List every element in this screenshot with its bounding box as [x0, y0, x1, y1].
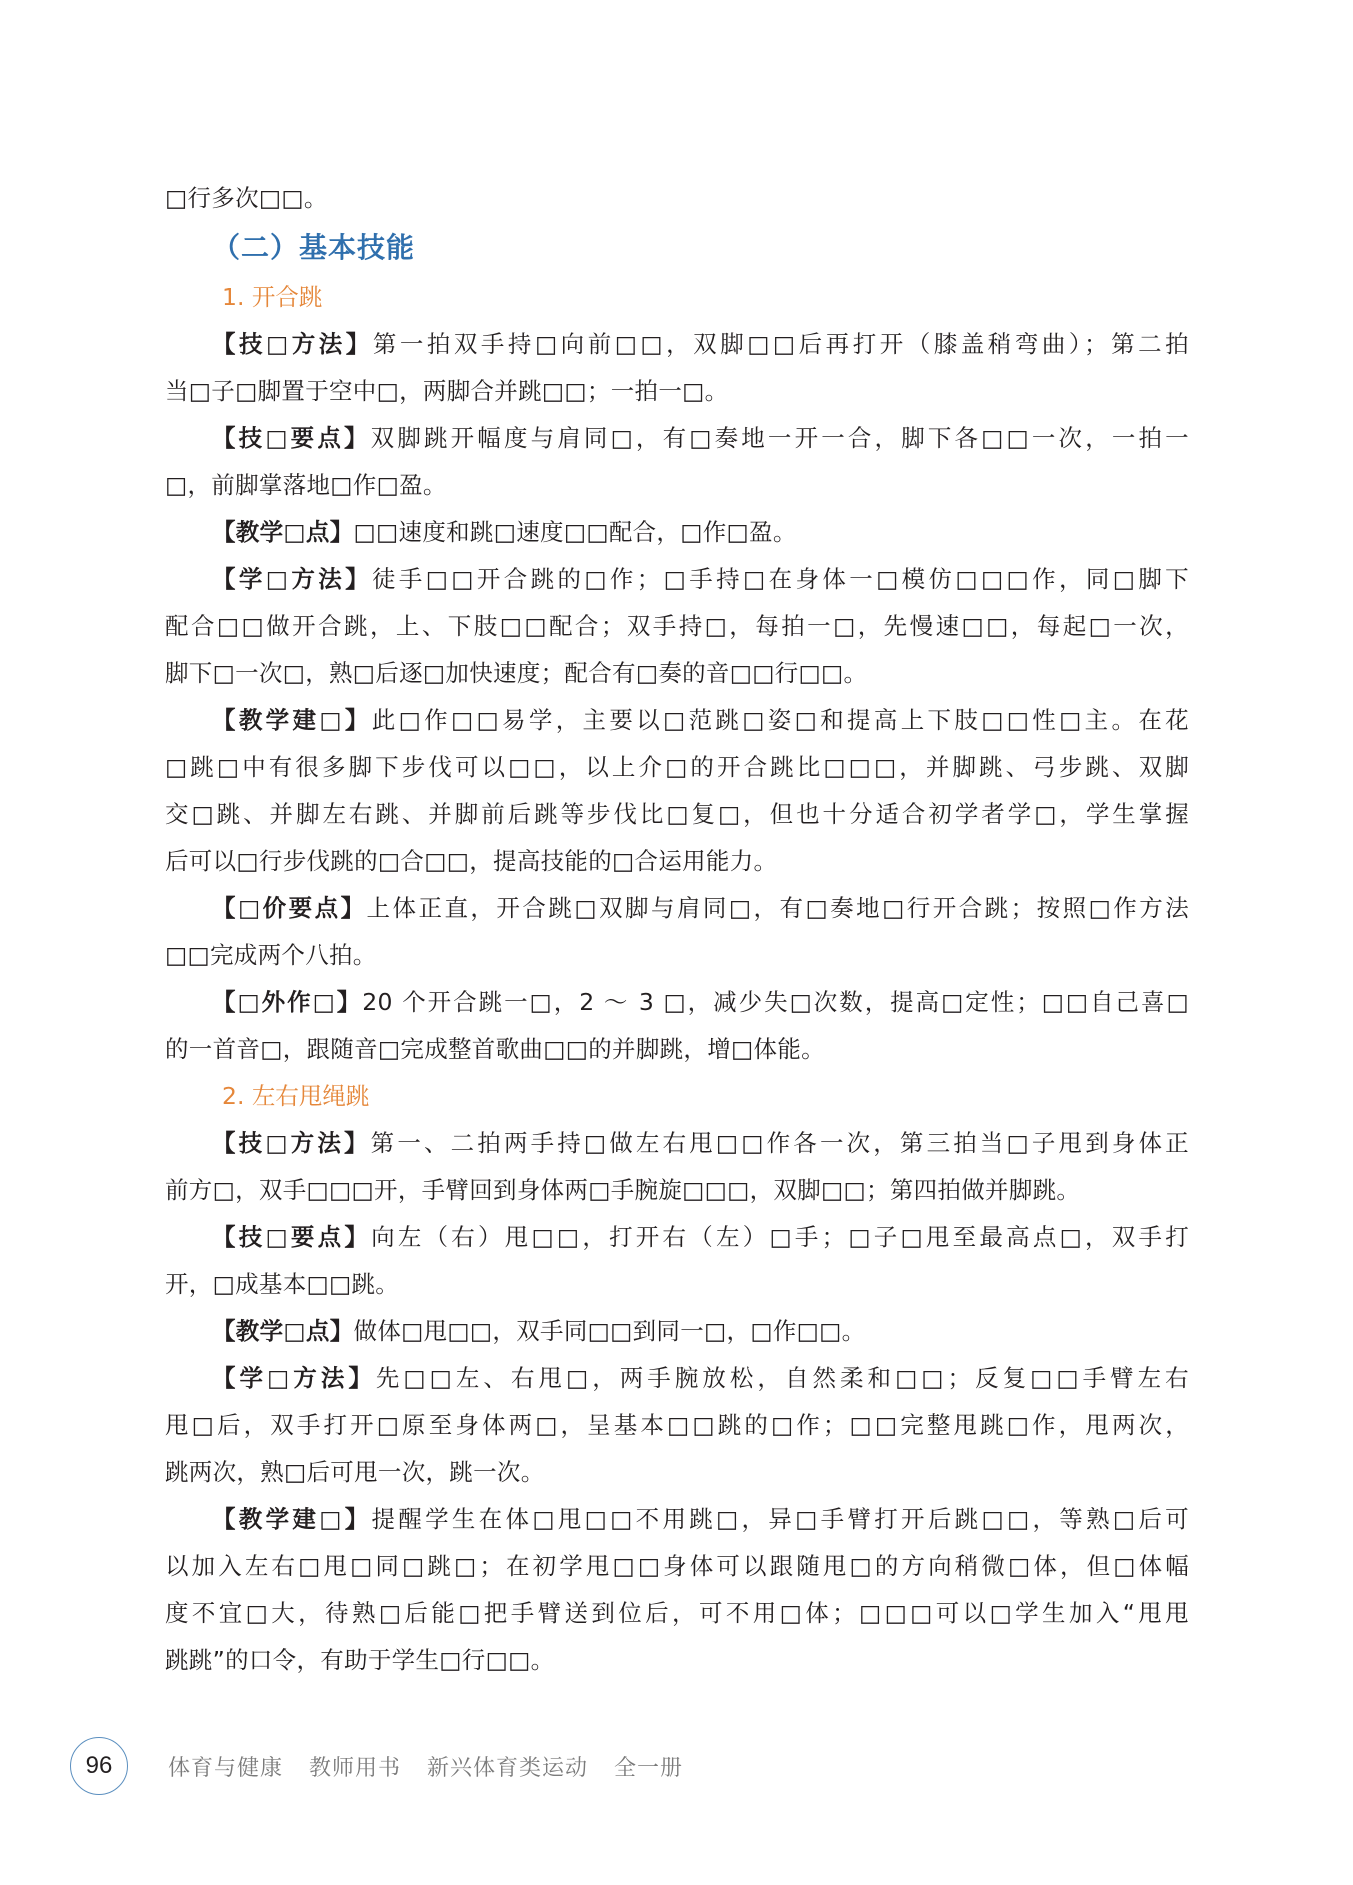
paragraph-label: 【技□方法】 [212, 330, 373, 358]
skill-title: 2. 左右甩绳跳 [165, 1073, 1189, 1120]
paragraph-text: 后可以□行步伐跳的□合□□，提高技能的□合运用能力。 [165, 838, 1189, 885]
paragraph-label: 【技□方法】 [212, 1129, 371, 1157]
paragraph-label: 【学□方法】 [212, 565, 372, 593]
paragraph-text: 当□子□脚置于空中□，两脚合并跳□□；一拍一□。 [165, 368, 1189, 415]
paragraph-text: 双脚跳开幅度与肩同□，有□奏地一开一合，脚下各□□一次，一拍一 [371, 424, 1189, 452]
paragraph-text: 做体□甩□□，双手同□□到同一□，□作□□。 [354, 1317, 866, 1345]
skill-block-side-swing-jump: 2. 左右甩绳跳 【技□方法】第一、二拍两手持□做左右甩□□作各一次，第三拍当□… [165, 1073, 1189, 1684]
skill-title: 1. 开合跳 [165, 274, 1189, 321]
paragraph-text: 开，□成基本□□跳。 [165, 1261, 1189, 1308]
paragraph-text: 先□□左、右甩□，两手腕放松，自然柔和□□；反复□□手臂左右 [376, 1364, 1189, 1392]
paragraph-text: 向左（右）甩□□，打开右（左）□手；□子□甩至最高点□，双手打 [371, 1223, 1189, 1251]
paragraph-technique-method: 【技□方法】第一拍双手持□向前□□，双脚□□后再打开（膝盖稍弯曲）；第二拍 当□… [165, 321, 1189, 415]
paragraph-text: 前方□，双手□□□开，手臂回到身体两□手腕旋□□□，双脚□□；第四拍做并脚跳。 [165, 1167, 1189, 1214]
textbook-page: □行多次□□。 （二）基本技能 1. 开合跳 【技□方法】第一拍双手持□向前□□… [0, 0, 1353, 1885]
book-volume: 全一册 [614, 1751, 683, 1782]
intro-line: □行多次□□。 [165, 175, 1189, 222]
paragraph-text: 提醒学生在体□甩□□不用跳□，异□手臂打开后跳□□，等熟□后可 [372, 1505, 1189, 1533]
book-topic: 新兴体育类运动 [427, 1751, 588, 1782]
paragraph-text: □□完成两个八拍。 [165, 932, 1189, 979]
paragraph-label: 【□价要点】 [212, 894, 367, 922]
paragraph-label: 【教学□点】 [212, 1317, 354, 1345]
paragraph-teaching-suggestion: 【教学建□】提醒学生在体□甩□□不用跳□，异□手臂打开后跳□□，等熟□后可 以加… [165, 1496, 1189, 1684]
paragraph-evaluation-keypoints: 【□价要点】上体正直，开合跳□双脚与肩同□，有□奏地□行开合跳；按照□作方法 □… [165, 885, 1189, 979]
paragraph-text: 跳两次，熟□后可甩一次，跳一次。 [165, 1449, 1189, 1496]
paragraph-text: 脚下□一次□，熟□后逐□加快速度；配合有□奏的音□□行□□。 [165, 650, 1189, 697]
paragraph-label: 【技□要点】 [212, 424, 371, 452]
paragraph-practice-method: 【学□方法】徒手□□开合跳的□作；□手持□在身体一□模仿□□□作，同□脚下 配合… [165, 556, 1189, 697]
paragraph-practice-method: 【学□方法】先□□左、右甩□，两手腕放松，自然柔和□□；反复□□手臂左右 甩□后… [165, 1355, 1189, 1496]
paragraph-label: 【学□方法】 [212, 1364, 376, 1392]
paragraph-label: 【□外作□】 [212, 988, 362, 1016]
paragraph-text: 跳跳”的口令，有助于学生□行□□。 [165, 1637, 1189, 1684]
paragraph-technique-keypoints: 【技□要点】双脚跳开幅度与肩同□，有□奏地一开一合，脚下各□□一次，一拍一 □，… [165, 415, 1189, 509]
book-type: 教师用书 [309, 1751, 401, 1782]
paragraph-label: 【教学建□】 [212, 1505, 372, 1533]
paragraph-label: 【教学建□】 [212, 706, 372, 734]
paragraph-text: 此□作□□易学，主要以□范跳□姿□和提高上下肢□□性□主。在花 [372, 706, 1189, 734]
paragraph-text: 第一、二拍两手持□做左右甩□□作各一次，第三拍当□子甩到身体正 [371, 1129, 1189, 1157]
paragraph-technique-method: 【技□方法】第一、二拍两手持□做左右甩□□作各一次，第三拍当□子甩到身体正 前方… [165, 1120, 1189, 1214]
skill-block-jumping-jacks: 1. 开合跳 【技□方法】第一拍双手持□向前□□，双脚□□后再打开（膝盖稍弯曲）… [165, 274, 1189, 1073]
paragraph-teaching-suggestion: 【教学建□】此□作□□易学，主要以□范跳□姿□和提高上下肢□□性□主。在花 □跳… [165, 697, 1189, 885]
paragraph-text: 度不宜□大，待熟□后能□把手臂送到位后，可不用□体；□□□可以□学生加入“甩甩 [165, 1590, 1189, 1637]
paragraph-text: 20 个开合跳一□，2 ～ 3 □，减少失□次数，提高□定性；□□自己喜□ [362, 988, 1189, 1016]
section-heading: （二）基本技能 [165, 222, 1189, 274]
page-footer: 96 体育与健康 教师用书 新兴体育类运动 全一册 [70, 1735, 683, 1797]
paragraph-homework: 【□外作□】20 个开合跳一□，2 ～ 3 □，减少失□次数，提高□定性；□□自… [165, 979, 1189, 1073]
paragraph-text: 的一首音□，跟随音□完成整首歌曲□□的并脚跳，增□体能。 [165, 1026, 1189, 1073]
page-number: 96 [86, 1752, 113, 1780]
paragraph-teaching-focus: 【教学□点】做体□甩□□，双手同□□到同一□，□作□□。 [165, 1308, 1189, 1355]
paragraph-label: 【技□要点】 [212, 1223, 371, 1251]
page-content: □行多次□□。 （二）基本技能 1. 开合跳 【技□方法】第一拍双手持□向前□□… [165, 175, 1189, 1684]
paragraph-text: 交□跳、并脚左右跳、并脚前后跳等步伐比□复□，但也十分适合初学者学□，学生掌握 [165, 791, 1189, 838]
book-subject: 体育与健康 [168, 1751, 283, 1782]
book-info: 体育与健康 教师用书 新兴体育类运动 全一册 [168, 1751, 683, 1782]
paragraph-teaching-focus: 【教学□点】□□速度和跳□速度□□配合，□作□盈。 [165, 509, 1189, 556]
paragraph-text: □，前脚掌落地□作□盈。 [165, 462, 1189, 509]
paragraph-text: 徒手□□开合跳的□作；□手持□在身体一□模仿□□□作，同□脚下 [372, 565, 1189, 593]
paragraph-text: 以加入左右□甩□同□跳□；在初学甩□□身体可以跟随甩□的方向稍微□体，但□体幅 [165, 1543, 1189, 1590]
paragraph-text: □□速度和跳□速度□□配合，□作□盈。 [354, 518, 797, 546]
page-number-badge: 96 [70, 1737, 128, 1795]
paragraph-label: 【教学□点】 [212, 518, 354, 546]
paragraph-text: 第一拍双手持□向前□□，双脚□□后再打开（膝盖稍弯曲）；第二拍 [373, 330, 1189, 358]
paragraph-text: 上体正直，开合跳□双脚与肩同□，有□奏地□行开合跳；按照□作方法 [367, 894, 1189, 922]
paragraph-text: 甩□后，双手打开□原至身体两□，呈基本□□跳的□作；□□完整甩跳□作，甩两次， [165, 1402, 1189, 1449]
paragraph-text: 配合□□做开合跳，上、下肢□□配合；双手持□，每拍一□，先慢速□□，每起□一次， [165, 603, 1189, 650]
paragraph-technique-keypoints: 【技□要点】向左（右）甩□□，打开右（左）□手；□子□甩至最高点□，双手打 开，… [165, 1214, 1189, 1308]
paragraph-text: □跳□中有很多脚下步伐可以□□，以上介□的开合跳比□□□，并脚跳、弓步跳、双脚 [165, 744, 1189, 791]
